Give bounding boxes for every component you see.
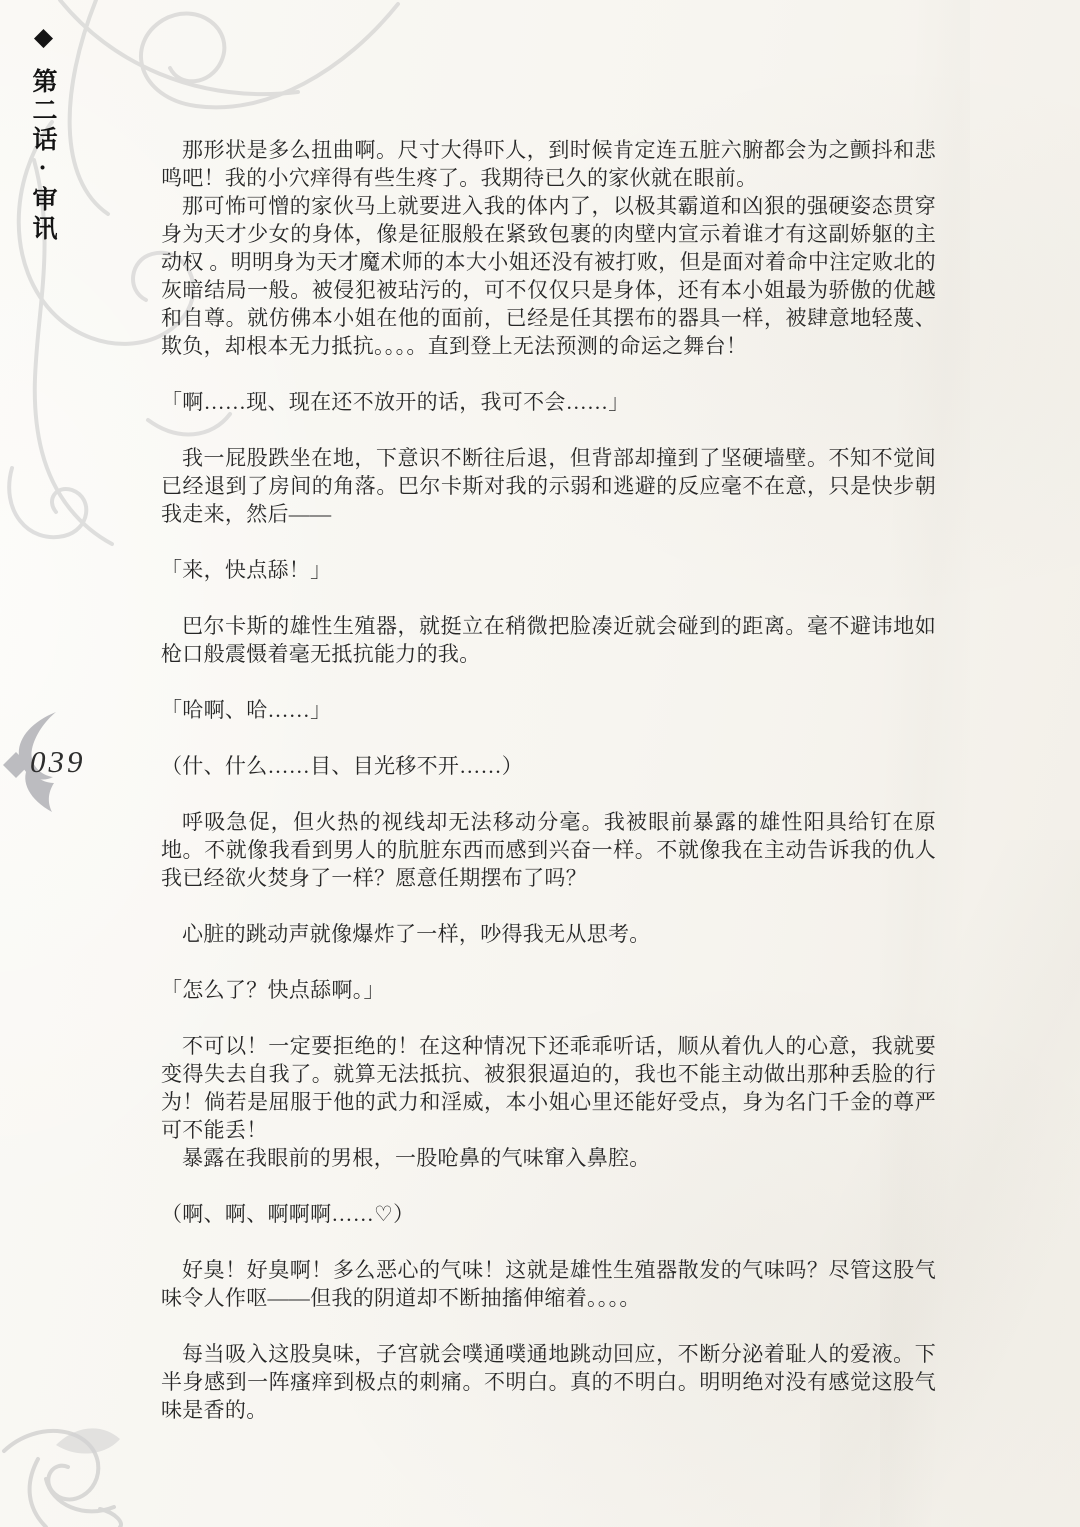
paragraph-narrative: 暴露在我眼前的男根，一股呛鼻的气味窜入鼻腔。 [161,1144,936,1172]
book-page: ◆ 第二话·审讯 039 那形状是多么扭曲啊。尺寸大得吓人，到时候肯定连五脏六腑… [0,0,1080,1527]
paragraph-narrative: 那可怖可憎的家伙马上就要进入我的体内了，以极其霸道和凶狠的强硬姿态贯穿身为天才少… [161,192,936,360]
paragraph-dialogue: 「啊……现、现在还不放开的话，我可不会……」 [161,388,936,416]
chapter-header: ◆ 第二话·审讯 [21,22,55,244]
diamond-icon: ◆ [30,22,55,51]
paragraph-thought: （啊、啊、啊啊啊……♡） [161,1200,936,1228]
paragraph-dialogue: 「哈啊、哈……」 [161,696,936,724]
chapter-title: 第二话·审讯 [29,68,56,244]
paragraph-narrative: 呼吸急促，但火热的视线却无法移动分毫。我被眼前暴露的雄性阳具给钉在原地。不就像我… [161,808,936,892]
paragraph-narrative: 我一屁股跌坐在地，下意识不断往后退，但背部却撞到了坚硬墙壁。不知不觉间已经退到了… [161,444,936,528]
paragraph-thought: （什、什么……目、目光移不开……） [161,752,936,780]
paragraph-narrative: 每当吸入这股臭味，子宫就会噗通噗通地跳动回应，不断分泌着耻人的爱液。下半身感到一… [161,1340,936,1424]
paragraph-narrative: 心脏的跳动声就像爆炸了一样，吵得我无从思考。 [161,920,936,948]
page-body: 那形状是多么扭曲啊。尺寸大得吓人，到时候肯定连五脏六腑都会为之颤抖和悲鸣吧！我的… [161,136,936,1424]
page-number: 039 [30,744,86,780]
paragraph-narrative: 那形状是多么扭曲啊。尺寸大得吓人，到时候肯定连五脏六腑都会为之颤抖和悲鸣吧！我的… [161,136,936,192]
paragraph-dialogue: 「来，快点舔！」 [161,556,936,584]
paragraph-dialogue: 「怎么了？快点舔啊。」 [161,976,936,1004]
paragraph-narrative: 不可以！一定要拒绝的！在这种情况下还乖乖听话，顺从着仇人的心意，我就要变得失去自… [161,1032,936,1144]
corner-flourish-bottom-left-icon [0,1415,130,1527]
paragraph-narrative: 巴尔卡斯的雄性生殖器，就挺立在稍微把脸凑近就会碰到的距离。毫不避讳地如枪口般震慑… [161,612,936,668]
paragraph-narrative: 好臭！好臭啊！多么恶心的气味！这就是雄性生殖器散发的气味吗？尽管这股气味令人作呕… [161,1256,936,1312]
